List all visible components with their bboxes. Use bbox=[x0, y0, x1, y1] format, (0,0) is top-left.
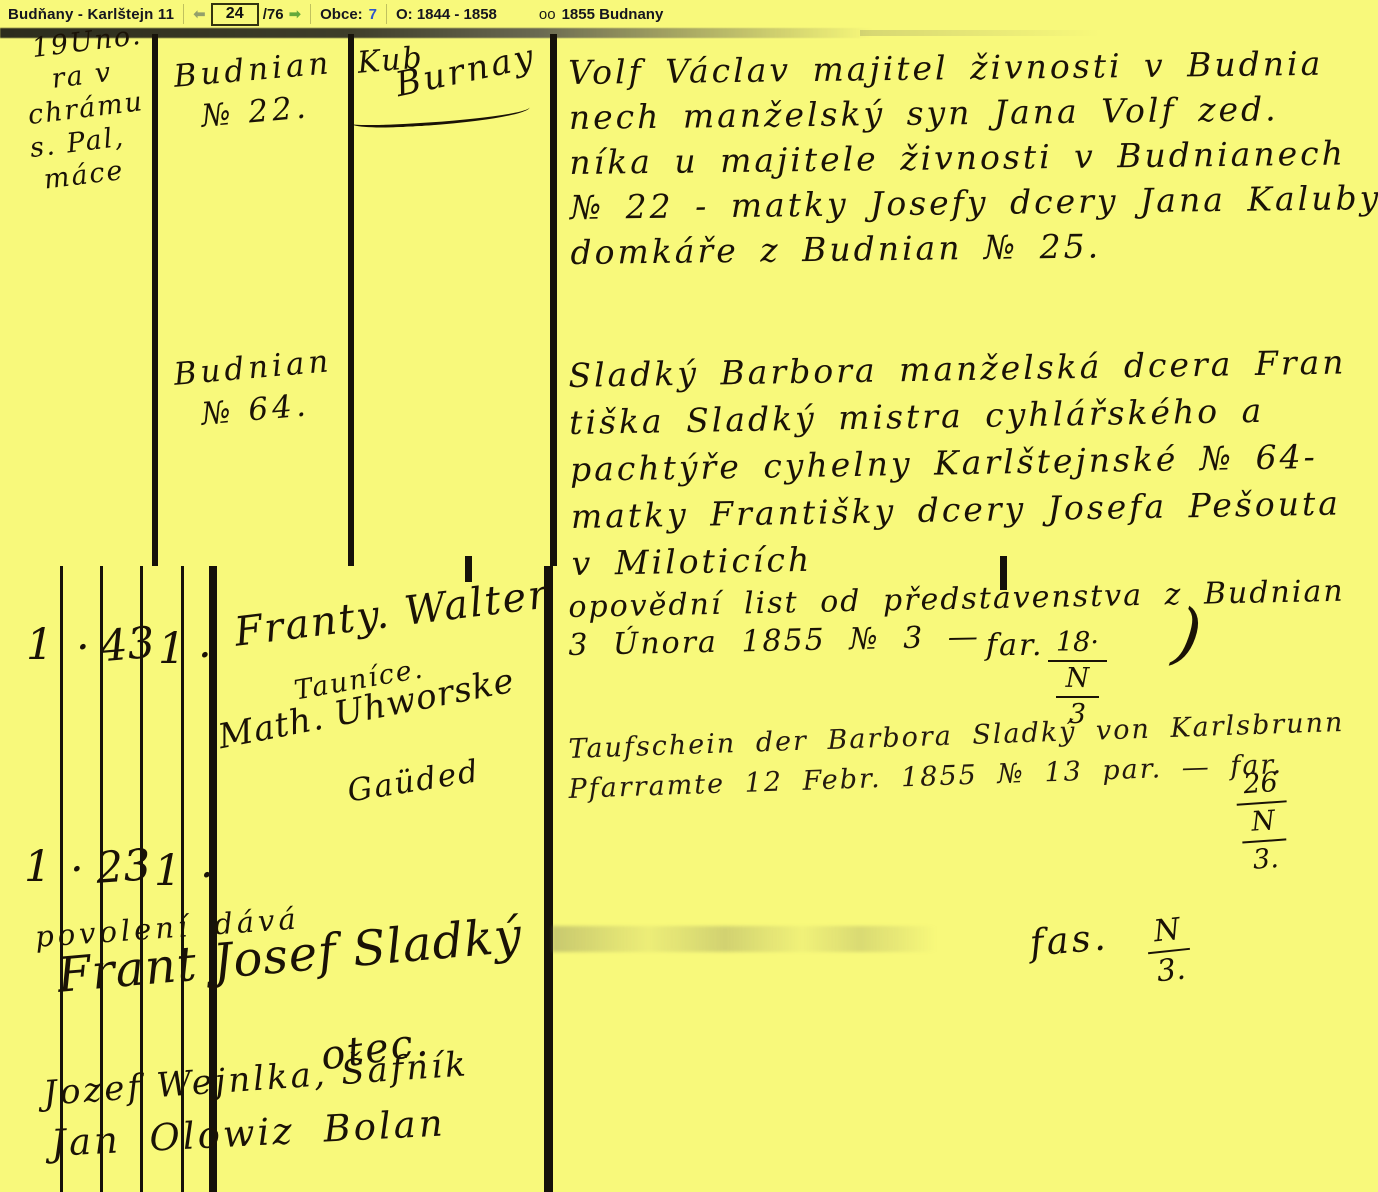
toolbar-divider bbox=[386, 4, 387, 24]
scan-edge-shadow bbox=[860, 30, 1100, 36]
ruled-line bbox=[544, 566, 553, 1192]
toolbar-divider bbox=[310, 4, 311, 24]
ruled-line bbox=[152, 34, 158, 566]
tally-number: 1 bbox=[154, 846, 181, 896]
ink-bleed-smudge bbox=[552, 926, 937, 952]
obce-count-link[interactable]: 7 bbox=[369, 6, 377, 23]
next-page-icon[interactable]: ➡ bbox=[289, 7, 302, 22]
fraction-top: 18· bbox=[1048, 626, 1107, 662]
tally-dot: . bbox=[70, 832, 84, 882]
prev-page-icon[interactable]: ⬅ bbox=[193, 7, 206, 22]
ruled-line bbox=[465, 556, 472, 582]
tally-dot: . bbox=[76, 610, 90, 660]
tally-dot: . bbox=[198, 618, 212, 668]
entry-line: domkáře z Budnian № 25. bbox=[570, 220, 1378, 275]
document-scan: 19Uno. ra v chrámu s. Pal, máce Budnian … bbox=[0, 28, 1378, 1192]
fraction-top: 26 bbox=[1234, 764, 1287, 805]
marriage-record-label: 1855 Budnany bbox=[562, 6, 664, 23]
tally-number: 1 bbox=[158, 624, 185, 674]
groom-entry: Volf Václav majitel živnosti v Budnia ne… bbox=[568, 40, 1378, 275]
page-number-input[interactable] bbox=[211, 3, 259, 26]
fraction-mid: N bbox=[1056, 662, 1100, 698]
fraction-mid: N bbox=[1240, 803, 1286, 844]
margin-date-note: 19Uno. ra v chrámu s. Pal, máce bbox=[16, 19, 160, 198]
bride-entry: Sladký Barbora manželská dcera Fran tišk… bbox=[568, 338, 1350, 587]
page-total-label: /76 bbox=[263, 6, 284, 23]
years-range-label: O: 1844 - 1858 bbox=[396, 6, 497, 23]
obce-label: Obce: bbox=[320, 6, 363, 23]
banns-note-line: 3 Února 1855 № 3 — bbox=[568, 619, 980, 663]
tally-number: 1 bbox=[24, 842, 51, 892]
register-title: Budňany - Karlštejn 11 bbox=[8, 6, 174, 23]
app-window: Budňany - Karlštejn 11 ⬅ /76 ➡ Obce: 7 O… bbox=[0, 0, 1378, 1192]
fas-reference-fraction: N 3. bbox=[1144, 910, 1194, 992]
witness-signature: Franty. Walter bbox=[232, 571, 552, 655]
marriage-symbol: oo bbox=[539, 6, 556, 23]
signature-flourish bbox=[352, 101, 531, 129]
toolbar-divider bbox=[183, 4, 184, 24]
taufschein-reference-fraction: 26 N 3. bbox=[1234, 764, 1292, 879]
witness-signature: Jan Olowiz Bolan bbox=[50, 1101, 447, 1165]
fraction-top: N bbox=[1144, 910, 1190, 954]
fas-label: fas. bbox=[1028, 915, 1110, 965]
tally-dot: . bbox=[200, 838, 214, 888]
tally-number: 1 bbox=[26, 620, 53, 670]
groom-house-number: Budnian № 22. bbox=[172, 42, 338, 140]
bride-house-number: Budnian № 64. bbox=[172, 340, 338, 438]
fraction-bottom: 3. bbox=[1155, 950, 1187, 991]
tally-number: 43 bbox=[98, 618, 157, 673]
toolbar: Budňany - Karlštejn 11 ⬅ /76 ➡ Obce: 7 O… bbox=[0, 0, 1378, 28]
witness-signature: Gaüded bbox=[345, 753, 482, 809]
ruled-line bbox=[550, 34, 557, 566]
banns-far-label: far. bbox=[986, 628, 1044, 663]
tally-number: 23 bbox=[94, 840, 152, 894]
fraction-bottom: 3. bbox=[1252, 841, 1280, 879]
